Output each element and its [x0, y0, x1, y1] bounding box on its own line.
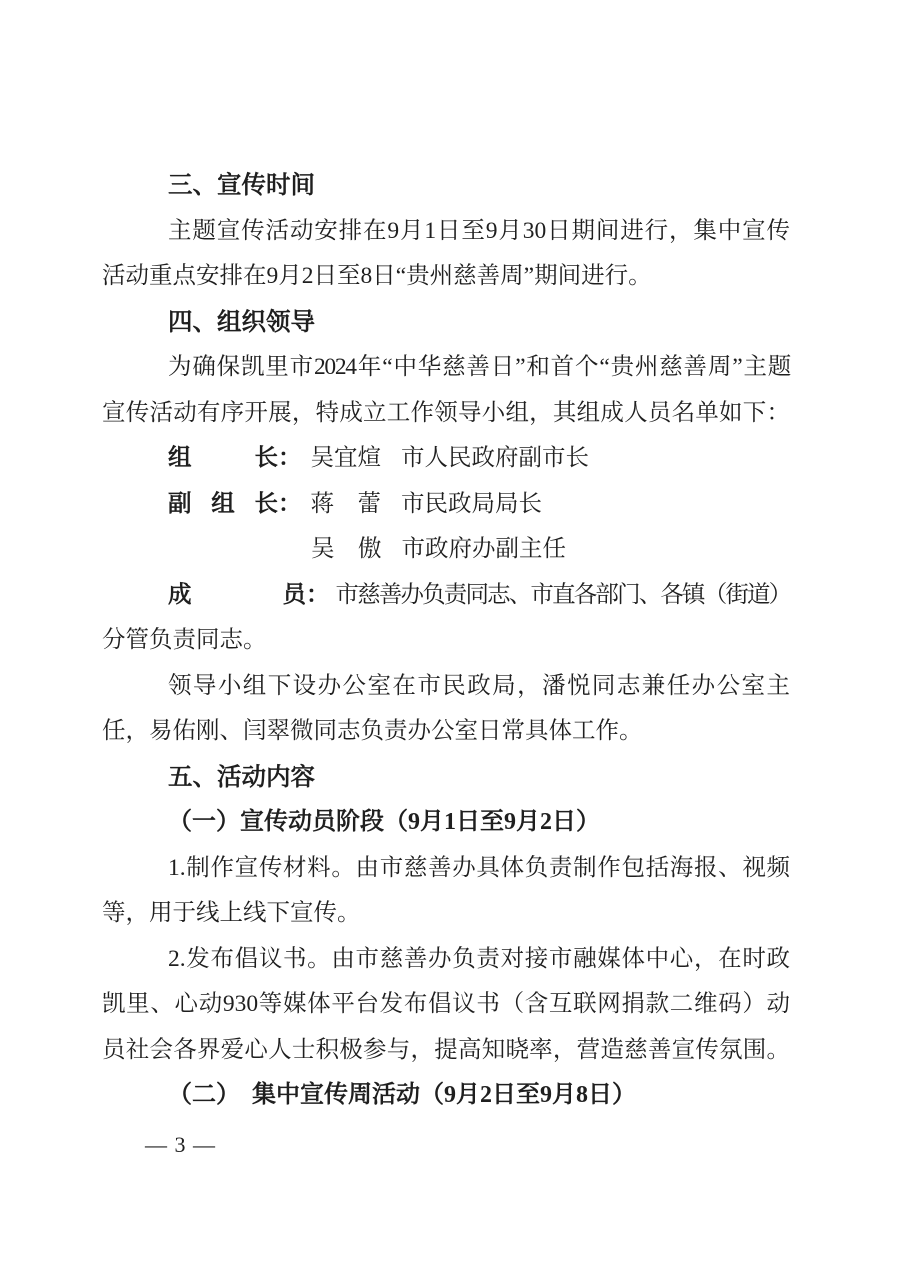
roster-row-members: 成员：市慈善办负责同志、市直各部门、各镇（街道）	[102, 573, 790, 619]
roster-name: 吴宜煊	[311, 436, 382, 482]
subsection-heading-phase-two: （二） 集中宣传周活动（9月2日至9月8日）	[102, 1073, 790, 1119]
body-line: 活动重点安排在9月2日至8日“贵州慈善周”期间进行。	[102, 254, 790, 300]
roster-label: 副组长	[168, 482, 278, 528]
roster-name: 吴 傲	[311, 527, 382, 573]
document-body: 三、宣传时间 主题宣传活动安排在9月1日至9月30日期间进行，集中宣传 活动重点…	[102, 163, 790, 1158]
roster-title: 市政府办副主任	[402, 527, 567, 573]
page-number: — 3 —	[102, 1132, 790, 1158]
section-heading-organization: 四、组织领导	[102, 300, 790, 346]
document-page: 三、宣传时间 主题宣传活动安排在9月1日至9月30日期间进行，集中宣传 活动重点…	[0, 0, 900, 1273]
body-line: 等，用于线上线下宣传。	[102, 891, 790, 937]
subsection-heading-phase-one: （一）宣传动员阶段（9月1日至9月2日）	[102, 800, 790, 846]
roster-colon: ：	[278, 482, 302, 528]
body-line: 主题宣传活动安排在9月1日至9月30日期间进行，集中宣传	[102, 209, 790, 255]
roster-title: 市人民政府副市长	[401, 436, 589, 482]
roster-label: 成员	[168, 573, 306, 619]
roster-label: 组长	[168, 436, 278, 482]
body-line: 任，易佑刚、闫翠微同志负责办公室日常具体工作。	[102, 709, 790, 755]
body-line: 1.制作宣传材料。由市慈善办具体负责制作包括海报、视频	[102, 846, 790, 892]
body-line: 分管负责同志。	[102, 618, 790, 664]
body-line: 宣传活动有序开展，特成立工作领导小组，其组成人员名单如下：	[102, 391, 790, 437]
roster-row-deputy-leader-continuation: 吴 傲市政府办副主任	[102, 527, 790, 573]
body-line: 为确保凯里市2024年“中华慈善日”和首个“贵州慈善周”主题	[102, 345, 790, 391]
roster-name: 蒋 蕾	[311, 482, 382, 528]
roster-colon: ：	[278, 436, 302, 482]
section-heading-publicity-time: 三、宣传时间	[102, 163, 790, 209]
roster-row-deputy-leader: 副组长：蒋 蕾市民政局局长	[102, 482, 790, 528]
roster-members-text: 市慈善办负责同志、市直各部门、各镇（街道）	[336, 573, 791, 619]
body-line: 领导小组下设办公室在市民政局，潘悦同志兼任办公室主	[102, 664, 790, 710]
roster-title: 市民政局局长	[401, 482, 542, 528]
body-line: 2.发布倡议书。由市慈善办负责对接市融媒体中心，在时政	[102, 937, 790, 983]
roster-row-leader: 组长：吴宜煊市人民政府副市长	[102, 436, 790, 482]
body-line: 员社会各界爱心人士积极参与，提高知晓率，营造慈善宣传氛围。	[102, 1028, 790, 1074]
section-heading-activities: 五、活动内容	[102, 755, 790, 801]
roster-colon: ：	[306, 573, 330, 619]
body-line: 凯里、心动930等媒体平台发布倡议书（含互联网捐款二维码）动	[102, 982, 790, 1028]
